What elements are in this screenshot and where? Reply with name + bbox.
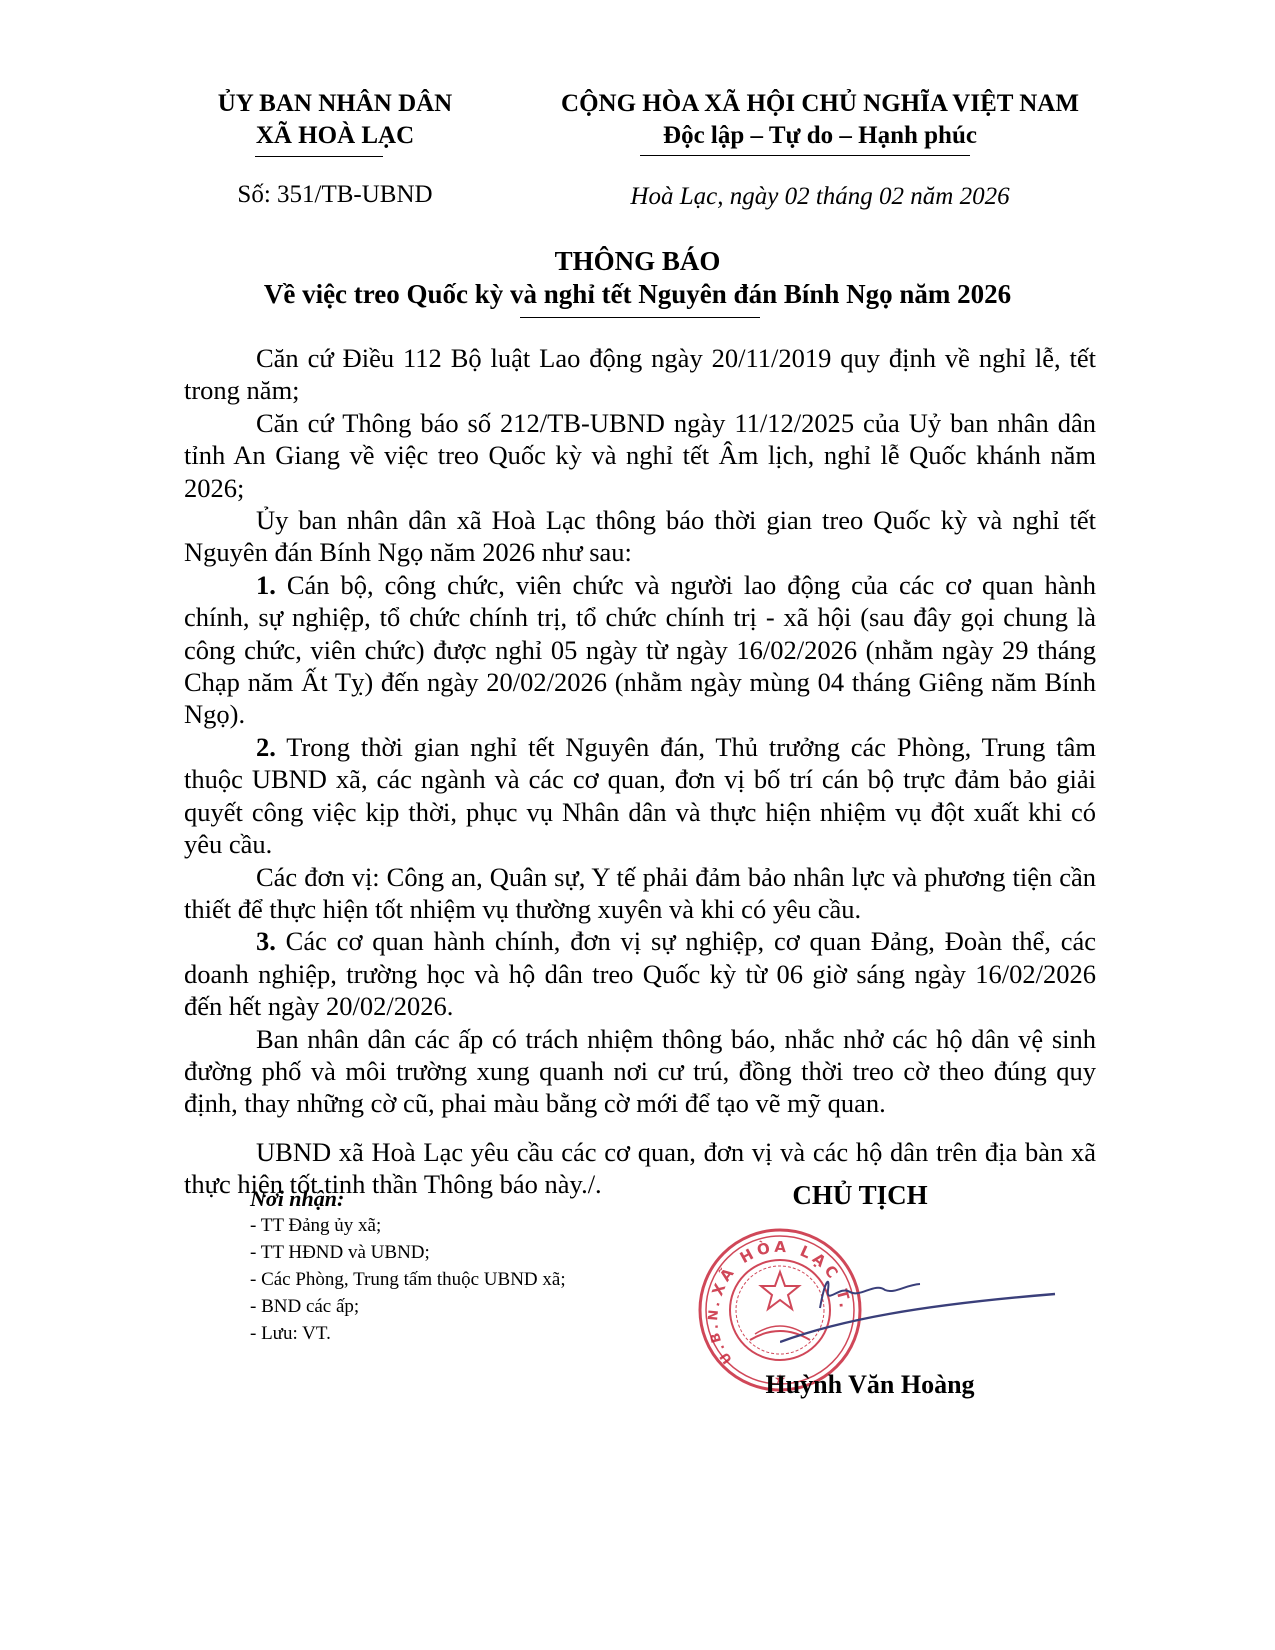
paragraph-legal-basis-2: Căn cứ Thông báo số 212/TB-UBND ngày 11/… xyxy=(184,407,1096,504)
place-date: Hoà Lạc, ngày 02 tháng 02 năm 2026 xyxy=(530,182,1110,212)
paragraph-item-2-units: Các đơn vị: Công an, Quân sự, Y tế phải … xyxy=(184,861,1096,926)
recipient-item: - Các Phòng, Trung tấm thuộc UBND xã; xyxy=(250,1266,670,1293)
paragraph-item-2: 2. Trong thời gian nghỉ tết Nguyên đán, … xyxy=(184,731,1096,861)
nation-name: CỘNG HÒA XÃ HỘI CHỦ NGHĨA VIỆT NAM xyxy=(530,88,1110,120)
motto-underline xyxy=(640,155,970,156)
recipients-block: Nơi nhận: - TT Đảng ủy xã; - TT HĐND và … xyxy=(250,1186,670,1347)
paragraph-announcement: Ủy ban nhân dân xã Hoà Lạc thông báo thờ… xyxy=(184,504,1096,569)
agency-commune: XÃ HOÀ LẠC xyxy=(200,120,470,152)
paragraph-item-1: 1. Cán bộ, công chức, viên chức và người… xyxy=(184,569,1096,731)
handwritten-signature-icon xyxy=(780,1260,1060,1350)
paragraph-legal-basis-1: Căn cứ Điều 112 Bộ luật Lao động ngày 20… xyxy=(184,342,1096,407)
item-number: 1. xyxy=(256,570,276,600)
signer-role: CHỦ TỊCH xyxy=(740,1180,980,1211)
recipient-item: - TT HĐND và UBND; xyxy=(250,1239,670,1266)
doc-subject: Về việc treo Quốc kỳ và nghỉ tết Nguyên … xyxy=(0,277,1275,311)
agency-name: ỦY BAN NHÂN DÂN xyxy=(200,88,470,120)
recipients-title: Nơi nhận: xyxy=(250,1186,670,1212)
paragraph-item-3: 3. Các cơ quan hành chính, đơn vị sự ngh… xyxy=(184,925,1096,1022)
nation-motto: Độc lập – Tự do – Hạnh phúc xyxy=(530,120,1110,152)
paragraph-item-3-hamlets: Ban nhân dân các ấp có trách nhiệm thông… xyxy=(184,1023,1096,1120)
item-number: 2. xyxy=(256,732,276,762)
item-number: 3. xyxy=(256,926,276,956)
title-underline xyxy=(520,317,760,318)
doc-number: Số: 351/TB-UBND xyxy=(200,180,470,210)
document-body: Căn cứ Điều 112 Bộ luật Lao động ngày 20… xyxy=(184,342,1096,1201)
doc-type-title: THÔNG BÁO xyxy=(0,244,1275,278)
recipient-item: - Lưu: VT. xyxy=(250,1320,670,1347)
recipient-item: - BND các ấp; xyxy=(250,1293,670,1320)
recipient-item: - TT Đảng ủy xã; xyxy=(250,1212,670,1239)
agency-underline xyxy=(255,156,383,157)
signer-name: Huỳnh Văn Hoàng xyxy=(740,1370,1000,1400)
